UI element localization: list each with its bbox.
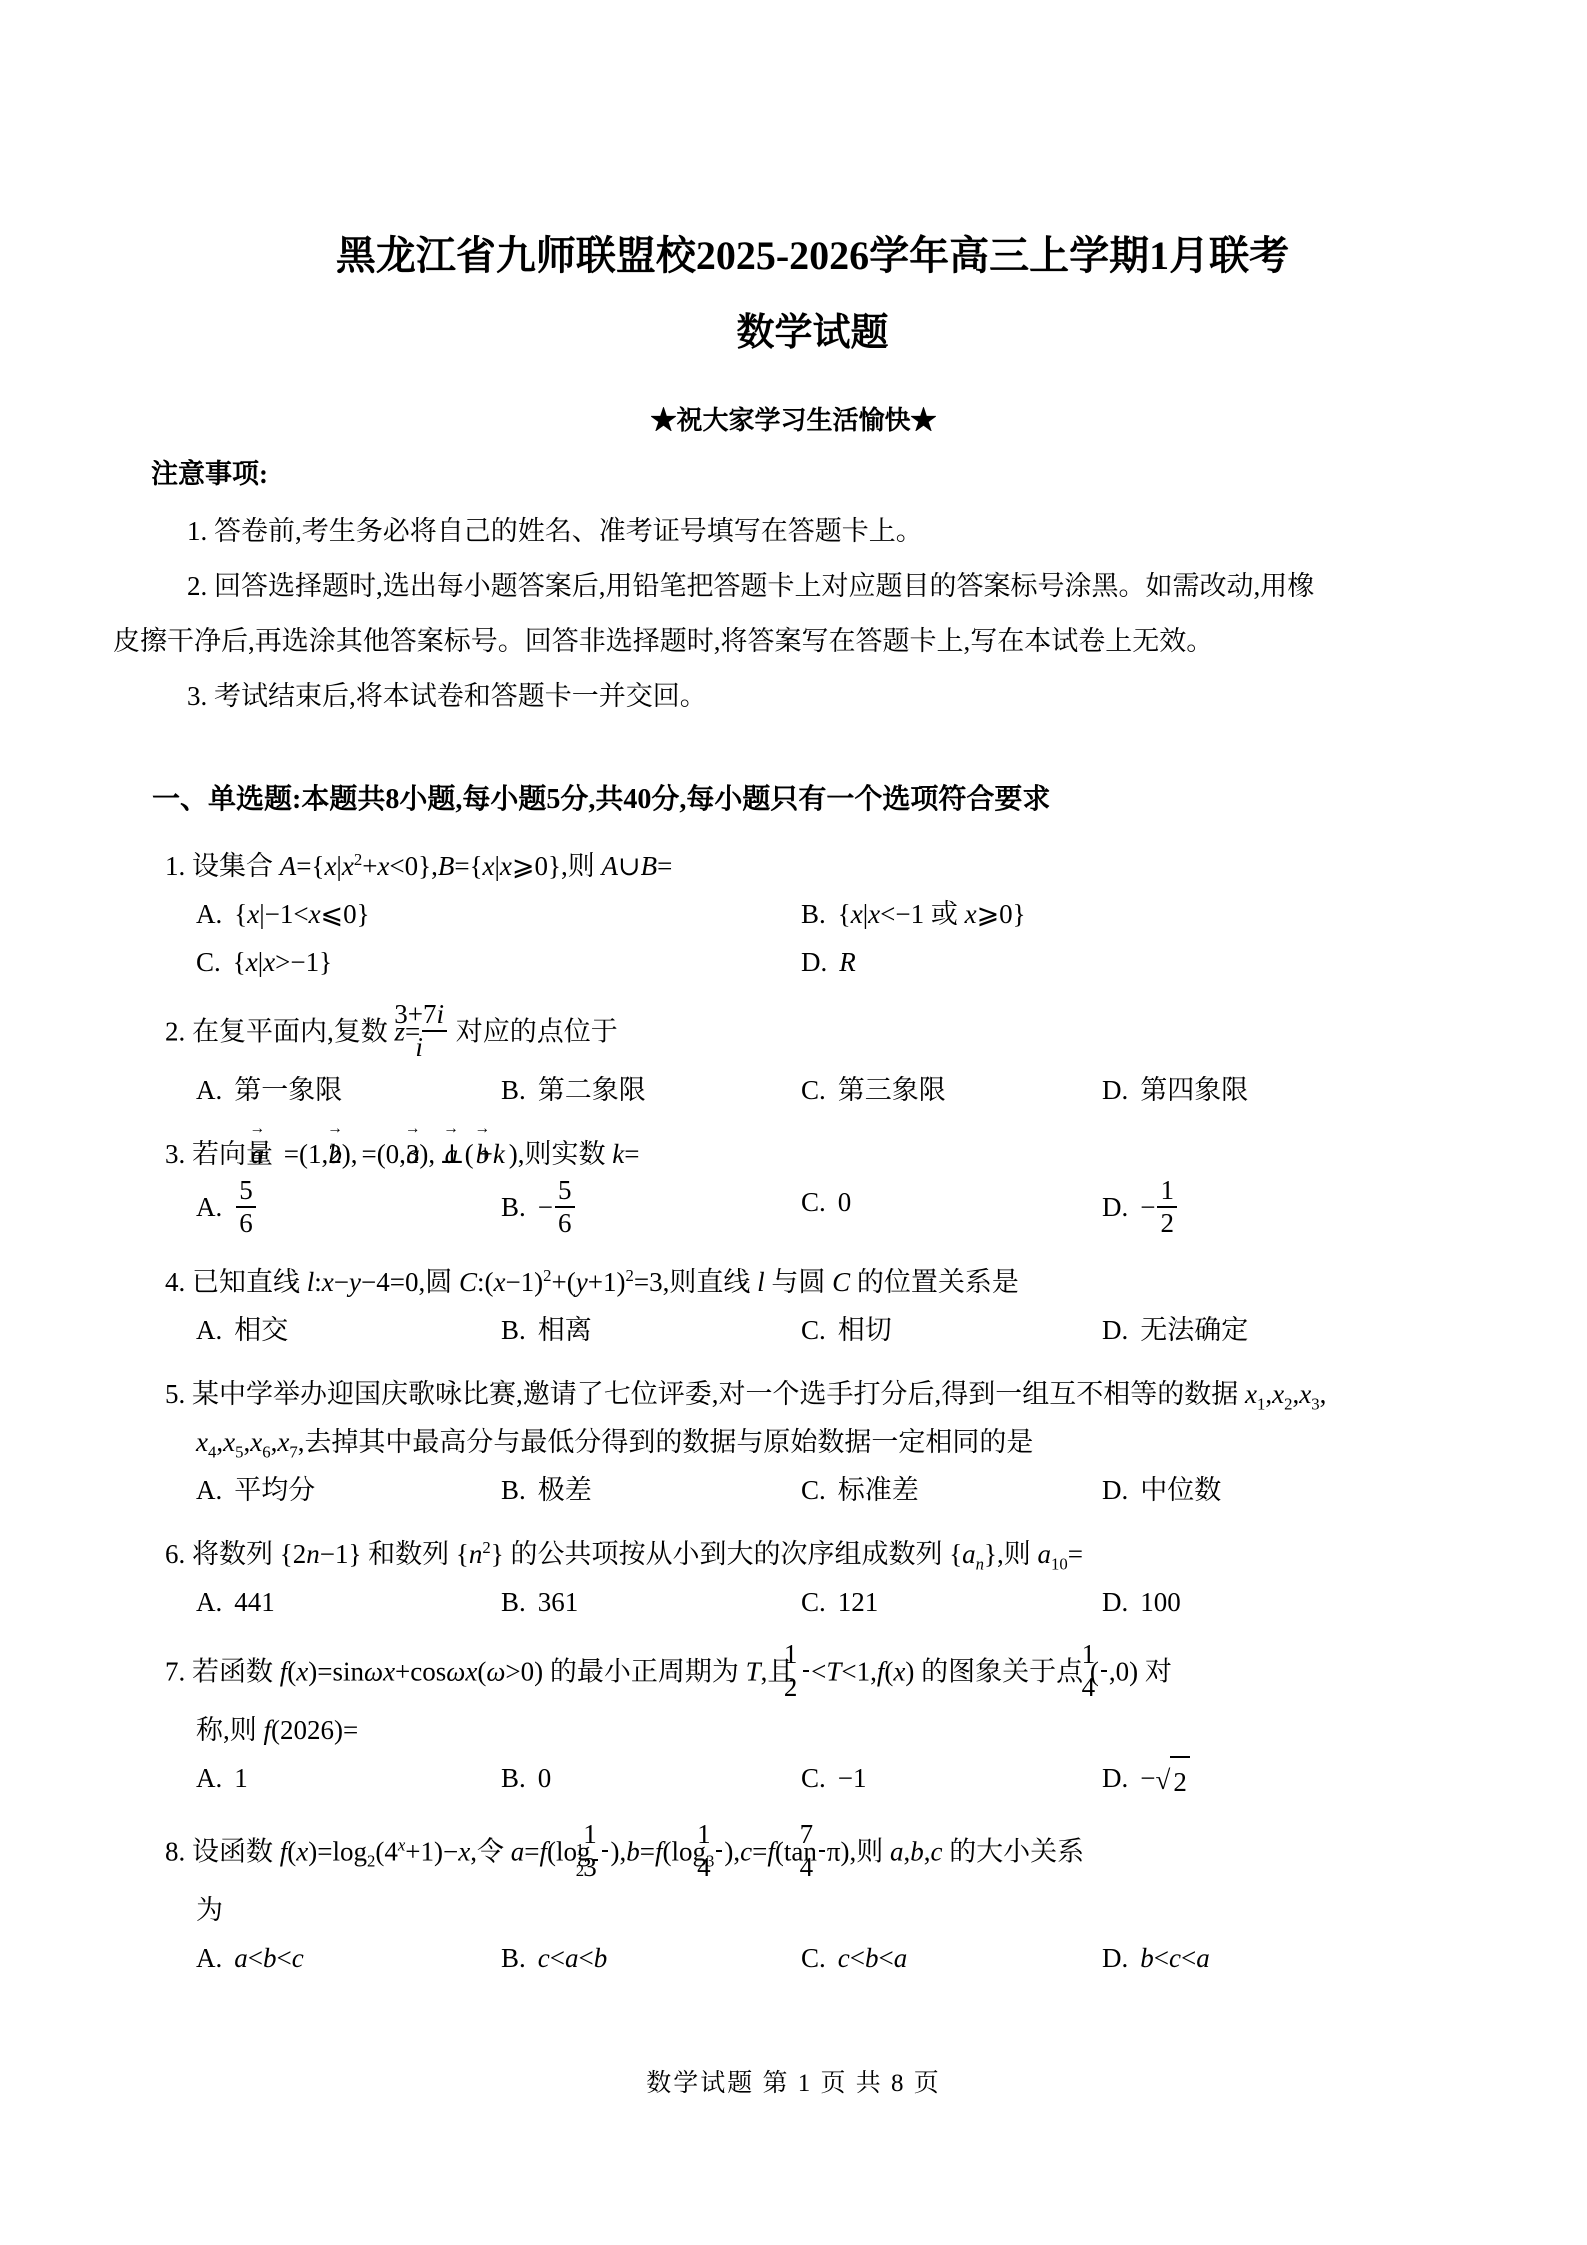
option-label: C. [196, 947, 221, 977]
fraction: 3+7ii [422, 999, 447, 1063]
option-body: b<c<a [1140, 1943, 1209, 1973]
option-label: C. [801, 1475, 826, 1505]
question-4-options: A.相交B.相离C.相切D.无法确定 [196, 1306, 1512, 1354]
option-body: 极差 [538, 1475, 592, 1505]
question-1: 1. 设集合 A={x|x2+x<0},B={x|x⩾0},则 A∪B=A.{x… [113, 842, 1512, 986]
question-7-option-B: B.0 [501, 1754, 801, 1806]
question-1-stem: 1. 设集合 A={x|x2+x<0},B={x|x⩾0},则 A∪B= [113, 842, 1512, 890]
option-body: 0 [838, 1187, 852, 1217]
question-8: 8. 设函数 f(x)=log2(4x+1)−x,令 a=f(log1213),… [113, 1822, 1512, 1982]
fraction: 56 [555, 1175, 575, 1239]
question-3-option-A: A.56 [196, 1178, 501, 1242]
vector: a→ [435, 1130, 439, 1178]
fraction: 74 [819, 1819, 825, 1883]
option-label: B. [501, 1475, 526, 1505]
question-7-option-A: A.1 [196, 1754, 501, 1806]
option-body: 361 [538, 1587, 579, 1617]
option-label: B. [501, 1763, 526, 1793]
question-2-option-B: B.第二象限 [501, 1066, 801, 1114]
note-item-1: 1. 答卷前,考生务必将自己的姓名、准考证号填写在答题卡上。 [113, 504, 1512, 559]
option-label: B. [501, 1315, 526, 1345]
question-6-option-A: A.441 [196, 1578, 501, 1626]
question-4-option-D: D.无法确定 [1102, 1306, 1512, 1354]
question-2-stem: 2. 在复平面内,复数 z=3+7ii 对应的点位于 [113, 1002, 1512, 1066]
question-3-option-B: B.−56 [501, 1178, 801, 1242]
option-label: D. [1102, 1587, 1128, 1617]
question-1-option-C: C.{x|x>−1} [196, 938, 801, 986]
page-footer: 数学试题 第 1 页 共 8 页 [0, 2063, 1587, 2099]
question-4-option-C: C.相切 [801, 1306, 1102, 1354]
note-item-2: 2. 回答选择题时,选出每小题答案后,用铅笔把答题卡上对应题目的答案标号涂黑。如… [113, 559, 1512, 669]
option-label: C. [801, 1763, 826, 1793]
option-label: A. [196, 1475, 222, 1505]
question-6-options: A.441B.361C.121D.100 [196, 1578, 1512, 1626]
option-label: D. [1102, 1315, 1128, 1345]
option-body: 0 [538, 1763, 552, 1793]
question-7-stem: 7. 若函数 f(x)=sinωx+cosωx(ω>0) 的最小正周期为 T,且… [113, 1642, 1512, 1754]
question-6-option-B: B.361 [501, 1578, 801, 1626]
option-body: R [839, 947, 856, 977]
question-8-option-D: D.b<c<a [1102, 1934, 1512, 1982]
fraction: 14 [716, 1819, 722, 1883]
question-5-options: A.平均分B.极差C.标准差D.中位数 [196, 1466, 1512, 1514]
question-1-options: A.{x|−1<x⩽0}B.{x|x<−1 或 x⩾0}C.{x|x>−1}D.… [196, 890, 1512, 986]
question-7: 7. 若函数 f(x)=sinωx+cosωx(ω>0) 的最小正周期为 T,且… [113, 1642, 1512, 1806]
question-5-option-A: A.平均分 [196, 1466, 501, 1514]
question-6-stem: 6. 将数列 {2n−1} 和数列 {n2} 的公共项按从小到大的次序组成数列 … [113, 1530, 1512, 1578]
option-body: a<b<c [234, 1943, 303, 1973]
question-8-stem: 8. 设函数 f(x)=log2(4x+1)−x,令 a=f(log1213),… [113, 1822, 1512, 1934]
option-body: 121 [838, 1587, 879, 1617]
option-body: −√2 [1140, 1763, 1190, 1793]
option-body: −1 [838, 1763, 867, 1793]
question-8-option-A: A.a<b<c [196, 1934, 501, 1982]
question-3-stem: 3. 若向量 a→=(1,2),b→=(0,3),a→⊥(a→+kb→),则实数… [113, 1130, 1512, 1178]
option-label: A. [196, 1763, 222, 1793]
option-body: 中位数 [1140, 1475, 1221, 1505]
option-label: D. [1102, 1192, 1128, 1222]
question-5-option-D: D.中位数 [1102, 1466, 1512, 1514]
question-6-option-C: C.121 [801, 1578, 1102, 1626]
vector: b→ [505, 1130, 509, 1178]
option-label: C. [801, 1075, 826, 1105]
option-body: 相切 [838, 1315, 892, 1345]
notes-header: 注意事项: [151, 452, 1512, 496]
option-label: A. [196, 1943, 222, 1973]
option-body: 441 [234, 1587, 275, 1617]
option-label: C. [801, 1187, 826, 1217]
option-body: {x|x>−1} [233, 947, 332, 977]
option-body: 56 [234, 1192, 258, 1222]
option-body: −12 [1140, 1192, 1179, 1222]
option-body: c<b<a [838, 1943, 907, 1973]
question-5-stem: 5. 某中学举办迎国庆歌咏比赛,邀请了七位评委,对一个选手打分后,得到一组互不相… [113, 1370, 1512, 1466]
question-3-options: A.56B.−56C.0D.−12 [196, 1178, 1512, 1242]
option-label: B. [801, 899, 826, 929]
note-item-3: 3. 考试结束后,将本试卷和答题卡一并交回。 [113, 669, 1512, 724]
option-body: {x|−1<x⩽0} [234, 899, 369, 929]
option-body: 无法确定 [1140, 1315, 1248, 1345]
option-label: D. [801, 947, 827, 977]
option-label: A. [196, 1587, 222, 1617]
option-label: A. [196, 899, 222, 929]
question-2: 2. 在复平面内,复数 z=3+7ii 对应的点位于A.第一象限B.第二象限C.… [113, 1002, 1512, 1114]
fraction: 14 [1101, 1639, 1107, 1703]
question-list: 1. 设集合 A={x|x2+x<0},B={x|x⩾0},则 A∪B=A.{x… [113, 842, 1512, 1982]
option-body: −56 [538, 1192, 577, 1222]
question-4-option-B: B.相离 [501, 1306, 801, 1354]
option-label: D. [1102, 1475, 1128, 1505]
option-label: B. [501, 1587, 526, 1617]
option-body: {x|x<−1 或 x⩾0} [838, 899, 1026, 929]
question-4-option-A: A.相交 [196, 1306, 501, 1354]
notes-list: 1. 答卷前,考生务必将自己的姓名、准考证号填写在答题卡上。2. 回答选择题时,… [113, 504, 1512, 724]
option-body: 第三象限 [838, 1075, 946, 1105]
option-label: A. [196, 1315, 222, 1345]
question-2-option-C: C.第三象限 [801, 1066, 1102, 1114]
motto-line: ★祝大家学习生活愉快★ [0, 404, 1587, 438]
option-body: 1 [234, 1763, 248, 1793]
question-3-option-C: C.0 [801, 1178, 1102, 1242]
question-1-option-B: B.{x|x<−1 或 x⩾0} [801, 890, 1512, 938]
option-label: D. [1102, 1943, 1128, 1973]
option-body: 第一象限 [234, 1075, 342, 1105]
option-label: C. [801, 1315, 826, 1345]
option-label: C. [801, 1943, 826, 1973]
option-body: 平均分 [234, 1475, 315, 1505]
question-5-option-B: B.极差 [501, 1466, 801, 1514]
question-8-options: A.a<b<cB.c<a<bC.c<b<aD.b<c<a [196, 1934, 1512, 1982]
question-6-option-D: D.100 [1102, 1578, 1512, 1626]
fraction: 56 [236, 1175, 256, 1239]
question-5-option-C: C.标准差 [801, 1466, 1102, 1514]
option-body: 第二象限 [538, 1075, 646, 1105]
question-7-option-C: C.−1 [801, 1754, 1102, 1806]
fraction: 12 [1157, 1175, 1177, 1239]
question-6: 6. 将数列 {2n−1} 和数列 {n2} 的公共项按从小到大的次序组成数列 … [113, 1530, 1512, 1626]
question-8-option-C: C.c<b<a [801, 1934, 1102, 1982]
fraction: 12 [803, 1639, 809, 1703]
exam-page: 黑龙江省九师联盟校2025-2026学年高三上学期1月联考 数学试题 ★祝大家学… [0, 0, 1587, 2245]
question-7-options: A.1B.0C.−1D.−√2 [196, 1754, 1512, 1806]
question-2-options: A.第一象限B.第二象限C.第三象限D.第四象限 [196, 1066, 1512, 1114]
option-body: 100 [1140, 1587, 1181, 1617]
question-1-option-A: A.{x|−1<x⩽0} [196, 890, 801, 938]
option-label: A. [196, 1192, 222, 1222]
question-8-option-B: B.c<a<b [501, 1934, 801, 1982]
option-body: 相离 [538, 1315, 592, 1345]
page-subtitle: 数学试题 [113, 310, 1512, 356]
question-4-stem: 4. 已知直线 l:x−y−4=0,圆 C:(x−1)2+(y+1)2=3,则直… [113, 1258, 1512, 1306]
option-body: c<a<b [538, 1943, 607, 1973]
question-3-option-D: D.−12 [1102, 1178, 1512, 1242]
option-body: 第四象限 [1140, 1075, 1248, 1105]
option-label: A. [196, 1075, 222, 1105]
option-body: 标准差 [838, 1475, 919, 1505]
page-title: 黑龙江省九师联盟校2025-2026学年高三上学期1月联考 [113, 232, 1512, 280]
vector: b→ [357, 1130, 361, 1178]
radical: √2 [1155, 1756, 1189, 1806]
question-4: 4. 已知直线 l:x−y−4=0,圆 C:(x−1)2+(y+1)2=3,则直… [113, 1258, 1512, 1354]
question-1-option-D: D.R [801, 938, 1512, 986]
question-7-option-D: D.−√2 [1102, 1754, 1512, 1806]
section1-header: 一、单选题:本题共8小题,每小题5分,共40分,每小题只有一个选项符合要求 [152, 774, 1512, 826]
option-label: D. [1102, 1075, 1128, 1105]
vector: a→ [280, 1130, 284, 1178]
question-5: 5. 某中学举办迎国庆歌咏比赛,邀请了七位评委,对一个选手打分后,得到一组互不相… [113, 1370, 1512, 1514]
option-body: 相交 [234, 1315, 288, 1345]
question-3: 3. 若向量 a→=(1,2),b→=(0,3),a→⊥(a→+kb→),则实数… [113, 1130, 1512, 1242]
option-label: B. [501, 1075, 526, 1105]
option-label: C. [801, 1587, 826, 1617]
question-2-option-D: D.第四象限 [1102, 1066, 1512, 1114]
question-2-option-A: A.第一象限 [196, 1066, 501, 1114]
fraction: 13 [602, 1819, 608, 1883]
option-label: D. [1102, 1763, 1128, 1793]
option-label: B. [501, 1943, 526, 1973]
option-label: B. [501, 1192, 526, 1222]
